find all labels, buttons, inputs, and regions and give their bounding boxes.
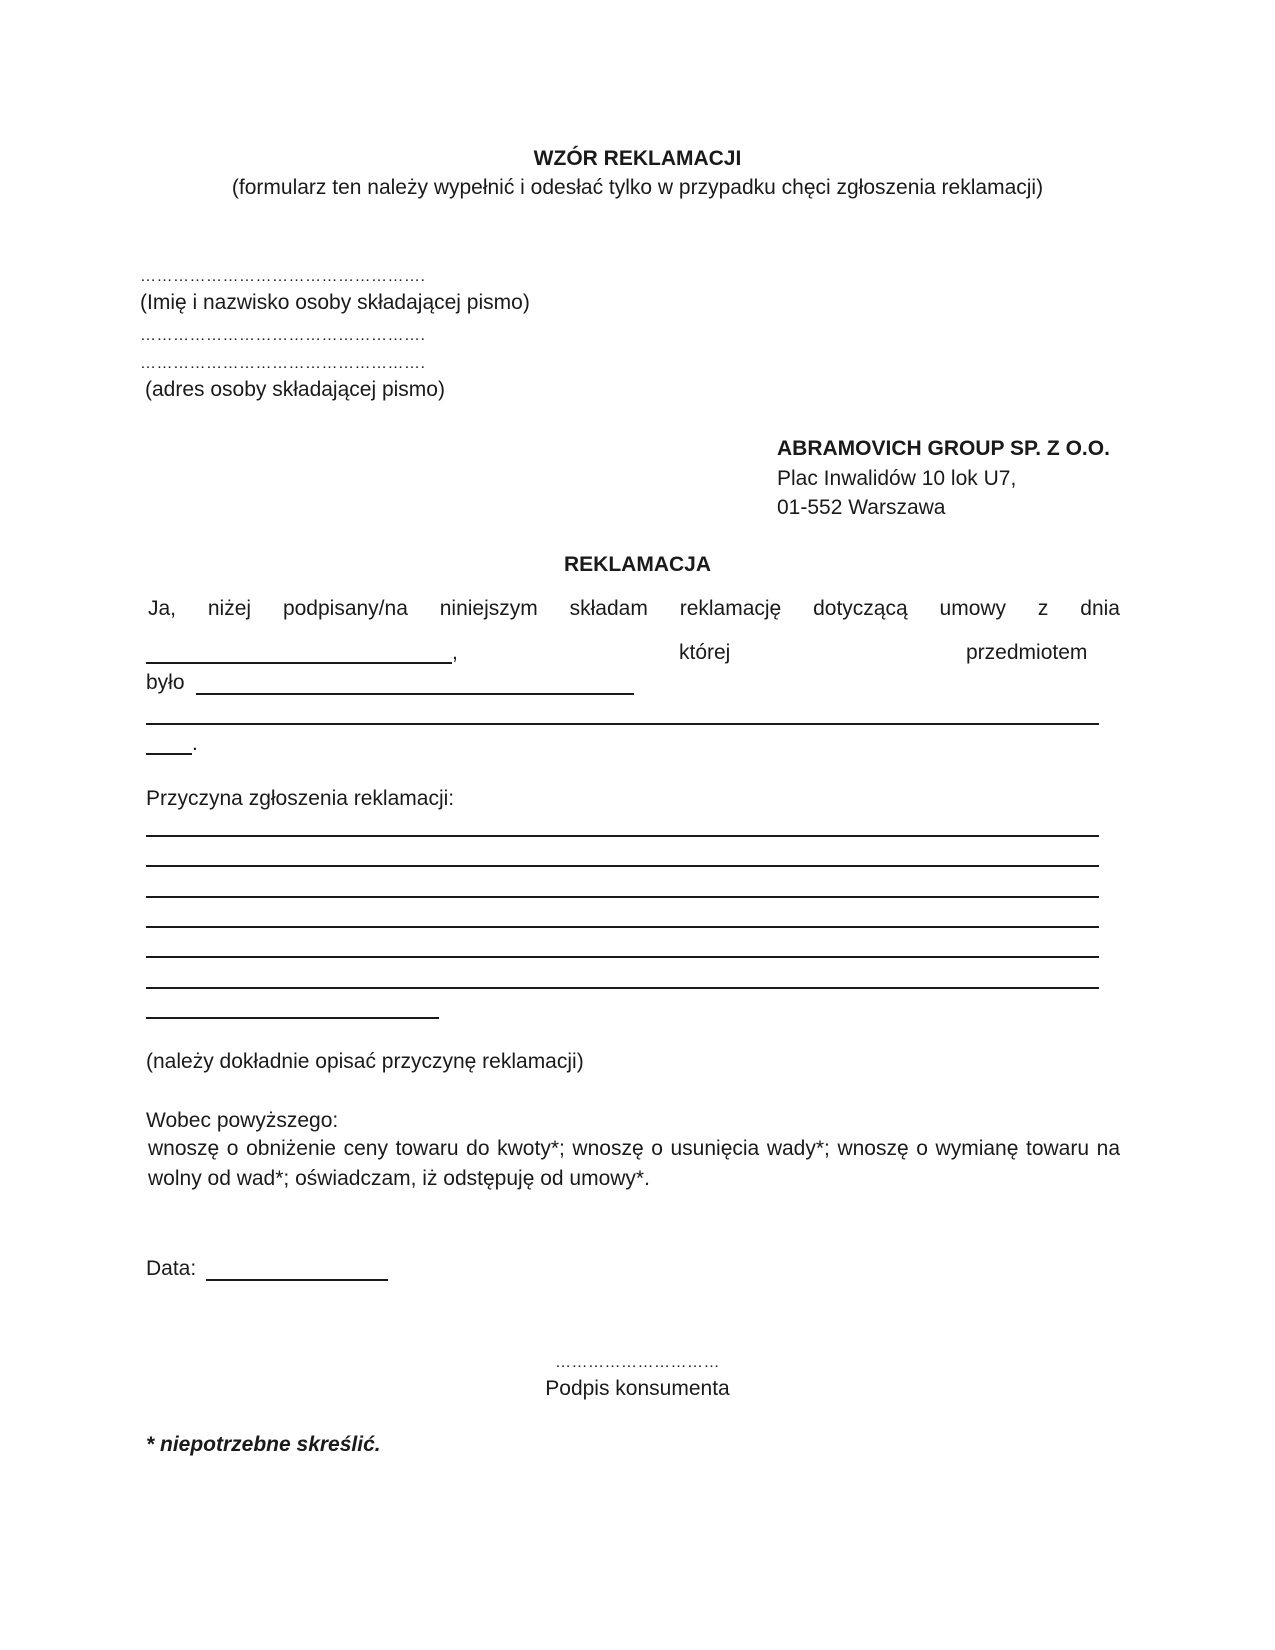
recipient-company: ABRAMOVICH GROUP SP. Z O.O. [777,436,1110,462]
reason-line-6[interactable] [146,987,1099,989]
body-which: której [679,640,730,666]
footnote: * niepotrzebne skreślić. [146,1432,381,1458]
reason-label: Przyczyna zgłoszenia reklamacji: [146,786,454,812]
reason-hint: (należy dokładnie opisać przyczynę rekla… [146,1049,584,1075]
document-title: WZÓR REKLAMACJI [0,146,1275,172]
subject-field-1[interactable] [196,693,634,695]
body-line-1: Ja, niżej podpisany/na niniejszym składa… [148,594,1120,624]
body-subject: przedmiotem [966,640,1087,666]
recipient-street: Plac Inwalidów 10 lok U7, [777,466,1016,492]
subject-field-3[interactable] [146,753,192,755]
name-label: (Imię i nazwisko osoby składającej pismo… [140,290,530,316]
request-label: Wobec powyższego: [146,1108,338,1134]
subject-field-2[interactable] [146,723,1099,725]
address-dotted-field-2[interactable]: ……………………………………………. [140,351,425,377]
reason-line-2[interactable] [146,865,1099,867]
section-title: REKLAMACJA [0,552,1275,578]
document-subtitle: (formularz ten należy wypełnić i odesłać… [0,175,1275,201]
reason-line-5[interactable] [146,956,1099,958]
reason-line-1[interactable] [146,835,1099,837]
reason-line-7[interactable] [146,1017,439,1019]
reason-line-4[interactable] [146,926,1099,928]
signature-dotted-field[interactable]: ………………………… [0,1350,1275,1376]
recipient-city: 01-552 Warszawa [777,495,945,521]
name-dotted-field[interactable]: ……………………………………………. [140,264,425,290]
address-label: (adres osoby składającej pismo) [145,377,445,403]
contract-date-field[interactable] [146,662,452,664]
reason-line-3[interactable] [146,896,1099,898]
date-comma: , [452,640,458,666]
subject-period: . [192,731,198,757]
body-was: było [146,670,185,696]
date-field[interactable] [206,1279,388,1281]
address-dotted-field-1[interactable]: ……………………………………………. [140,323,425,349]
signature-label: Podpis konsumenta [0,1376,1275,1402]
request-options: wnoszę o obniżenie ceny towaru do kwoty*… [148,1134,1120,1194]
date-label: Data: [146,1256,196,1282]
